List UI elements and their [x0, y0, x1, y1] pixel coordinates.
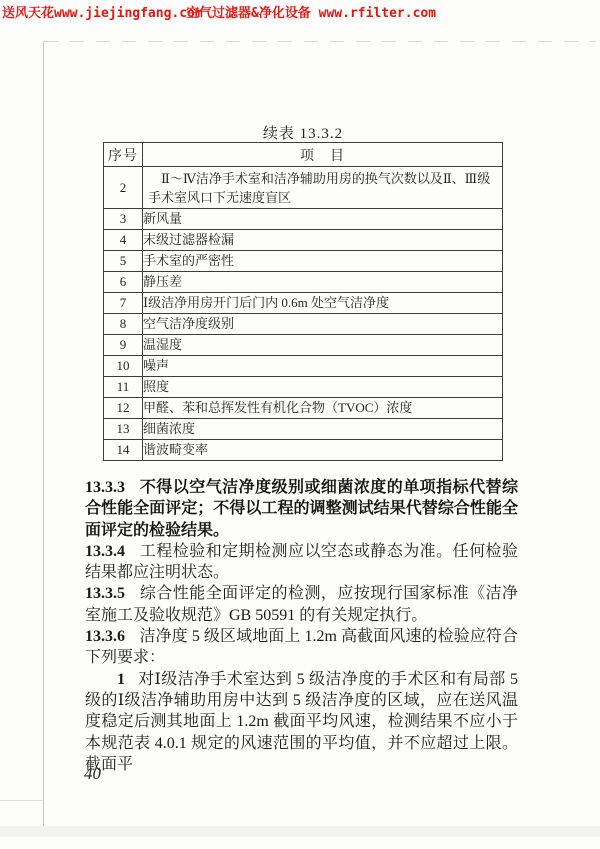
- clause-text: 工程检验和定期检测应以空态或静态为准。任何检验结果都应注明状态。: [85, 543, 518, 581]
- row-no: 8: [104, 314, 143, 335]
- row-item: 末级过滤器检漏: [143, 230, 503, 251]
- body-text: 13.3.3不得以空气洁净度级别或细菌浓度的单项指标代替综合性能全面评定；不得以…: [85, 477, 518, 775]
- row-no: 2: [104, 167, 143, 209]
- table-row: 3 新风量: [104, 209, 503, 230]
- subclause-number: 1: [117, 671, 125, 688]
- row-item: 新风量: [143, 209, 503, 230]
- row-no: 13: [104, 419, 143, 440]
- row-item: 照度: [143, 377, 503, 398]
- row-item: 甲醛、苯和总挥发性有机化合物（TVOC）浓度: [143, 398, 503, 419]
- clause-13-3-6: 13.3.6洁净度 5 级区域地面上 1.2m 高截面风速的检验应符合下列要求：: [85, 626, 518, 669]
- clause-text: 综合性能全面评定的检测，应按现行国家标准《洁净室施工及验收规范》GB 50591…: [85, 585, 518, 623]
- table-row: 13 细菌浓度: [104, 419, 503, 440]
- row-item: 空气洁净度级别: [143, 314, 503, 335]
- row-no: 3: [104, 209, 143, 230]
- row-item: 手术室的严密性: [143, 251, 503, 272]
- row-no: 9: [104, 335, 143, 356]
- row-no: 12: [104, 398, 143, 419]
- table-row: 4 末级过滤器检漏: [104, 230, 503, 251]
- table-row: 2 Ⅱ～Ⅳ洁净手术室和洁净辅助用房的换气次数以及Ⅱ、Ⅲ级手术室风口下无速度盲区: [104, 167, 503, 209]
- table-row: 6 静压差: [104, 272, 503, 293]
- clause-text: 不得以空气洁净度级别或细菌浓度的单项指标代替综合性能全面评定；不得以工程的调整测…: [85, 479, 518, 539]
- row-item: Ⅱ～Ⅳ洁净手术室和洁净辅助用房的换气次数以及Ⅱ、Ⅲ级手术室风口下无速度盲区: [143, 167, 503, 209]
- table-header-row: 序号 项 目: [104, 143, 503, 167]
- clause-13-3-3: 13.3.3不得以空气洁净度级别或细菌浓度的单项指标代替综合性能全面评定；不得以…: [85, 477, 518, 541]
- table-row: 7 Ⅰ级洁净用房开门后门内 0.6m 处空气洁净度: [104, 293, 503, 314]
- row-no: 10: [104, 356, 143, 377]
- row-item: 谐波畸变率: [143, 440, 503, 461]
- inspection-items-table: 序号 项 目 2 Ⅱ～Ⅳ洁净手术室和洁净辅助用房的换气次数以及Ⅱ、Ⅲ级手术室风口…: [103, 142, 503, 461]
- table-row: 12 甲醛、苯和总挥发性有机化合物（TVOC）浓度: [104, 398, 503, 419]
- row-item: 温湿度: [143, 335, 503, 356]
- clause-text: 洁净度 5 级区域地面上 1.2m 高截面风速的检验应符合下列要求：: [85, 628, 518, 666]
- subclause-1: 1对Ⅰ级洁净手术室达到 5 级洁净度的手术区和有局部 5 级的Ⅰ级洁净辅助用房中…: [85, 669, 518, 775]
- table-row: 10 噪声: [104, 356, 503, 377]
- watermark-link-jiejingfang: 送风天花www.jiejingfang.com: [2, 2, 203, 21]
- scan-shadow-band: [0, 826, 600, 837]
- row-no: 7: [104, 293, 143, 314]
- watermark-header: 送风天花www.jiejingfang.com 空气过滤器&净化设备 www.r…: [1, 2, 600, 22]
- table-row: 14 谐波畸变率: [104, 440, 503, 461]
- column-header-no: 序号: [104, 143, 143, 167]
- page-edge-line-vertical: [43, 41, 44, 826]
- clause-13-3-4: 13.3.4工程检验和定期检测应以空态或静态为准。任何检验结果都应注明状态。: [85, 541, 518, 584]
- page-number: 40: [84, 764, 101, 784]
- table-row: 5 手术室的严密性: [104, 251, 503, 272]
- clause-number: 13.3.3: [85, 479, 125, 496]
- watermark-link-rfilter: 空气过滤器&净化设备 www.rfilter.com: [186, 2, 436, 21]
- table-row: 9 温湿度: [104, 335, 503, 356]
- table-title: 续表 13.3.2: [103, 122, 503, 140]
- page-edge-line-horizontal: [44, 41, 596, 42]
- column-header-item: 项 目: [143, 143, 503, 167]
- page-edge-line-bottom: [0, 800, 43, 801]
- row-item: 静压差: [143, 272, 503, 293]
- scanned-document-page: 送风天花www.jiejingfang.com 空气过滤器&净化设备 www.r…: [0, 0, 600, 849]
- clause-number: 13.3.4: [85, 543, 125, 560]
- row-item: Ⅰ级洁净用房开门后门内 0.6m 处空气洁净度: [143, 293, 503, 314]
- table-row: 11 照度: [104, 377, 503, 398]
- row-no: 11: [104, 377, 143, 398]
- table-row: 8 空气洁净度级别: [104, 314, 503, 335]
- row-no: 6: [104, 272, 143, 293]
- clause-number: 13.3.5: [85, 585, 125, 602]
- subclause-text: 对Ⅰ级洁净手术室达到 5 级洁净度的手术区和有局部 5 级的Ⅰ级洁净辅助用房中达…: [85, 671, 518, 773]
- clause-13-3-5: 13.3.5综合性能全面评定的检测，应按现行国家标准《洁净室施工及验收规范》GB…: [85, 583, 518, 626]
- row-item: 细菌浓度: [143, 419, 503, 440]
- row-no: 5: [104, 251, 143, 272]
- clause-number: 13.3.6: [85, 628, 125, 645]
- row-item: 噪声: [143, 356, 503, 377]
- row-no: 14: [104, 440, 143, 461]
- row-no: 4: [104, 230, 143, 251]
